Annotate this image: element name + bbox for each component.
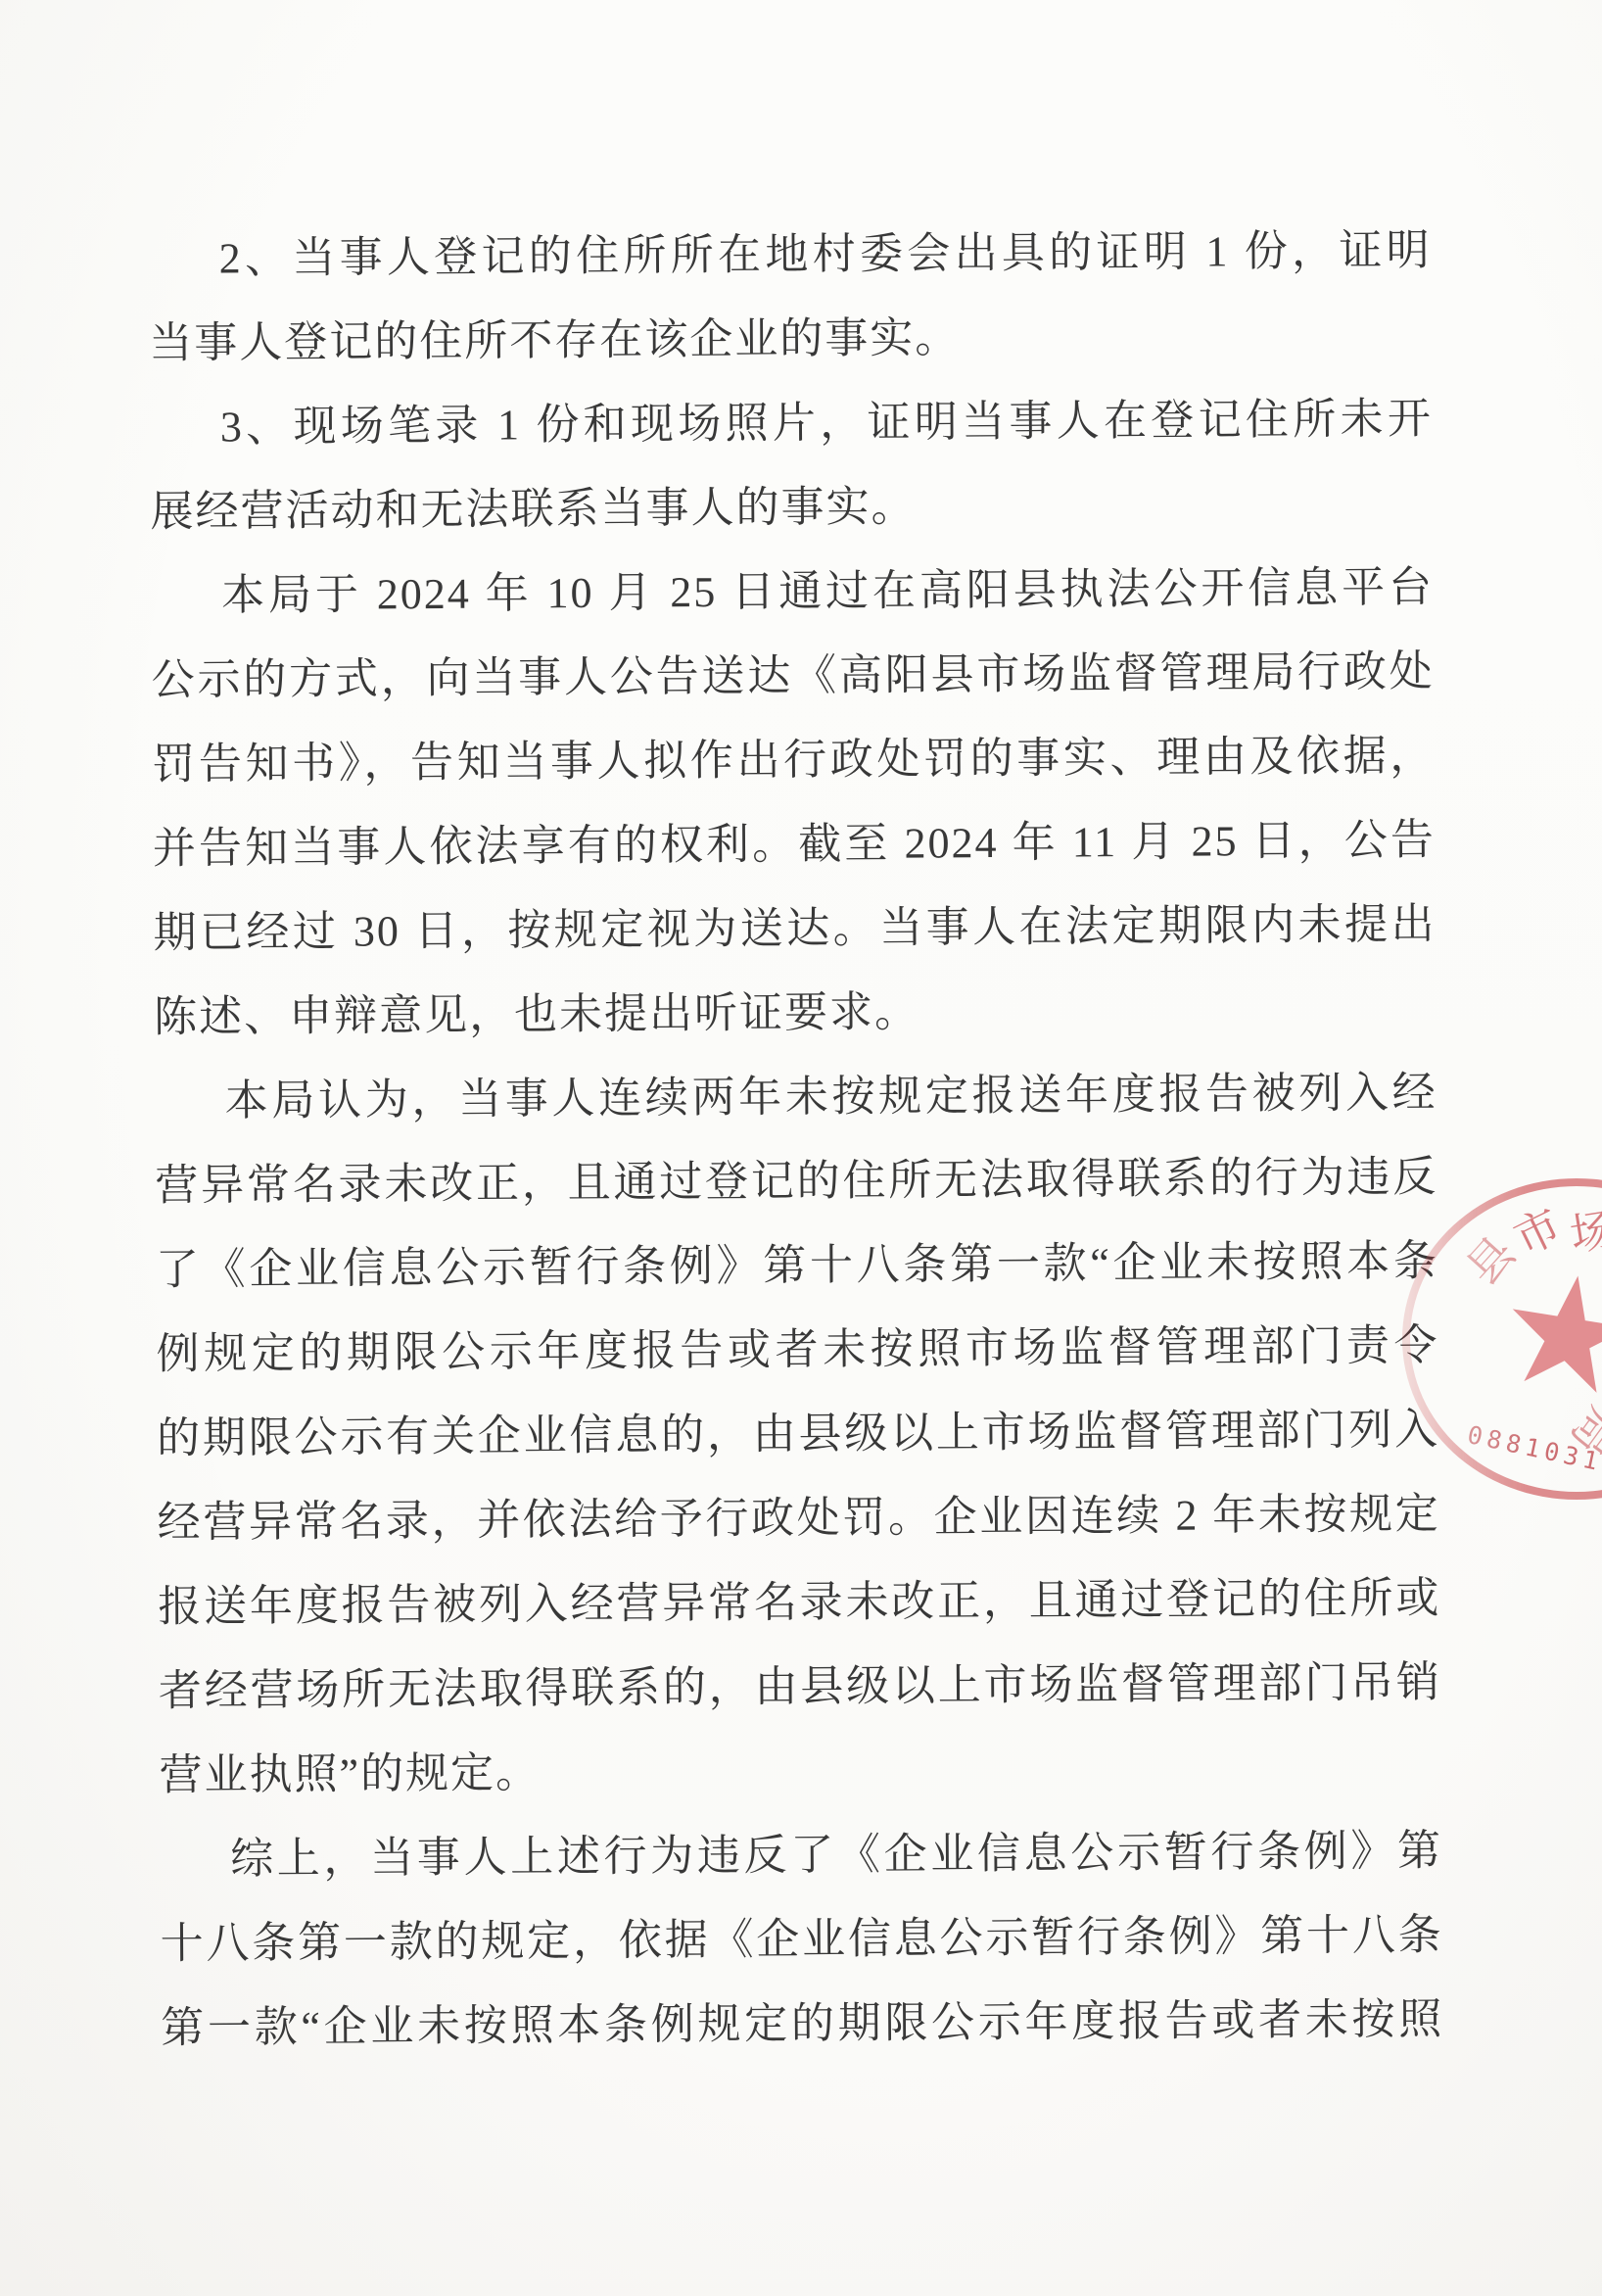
scanned-document-page: 2、当事人登记的住所所在地村委会出具的证明 1 份，证明当事人登记的住所不存在该… <box>0 0 1602 2296</box>
text-line: 第一款“企业未按照本条例规定的期限公示年度报告或者未按照 <box>161 1978 1444 2071</box>
seal-star-icon: ★ <box>1478 1235 1602 1434</box>
text-line: 报送年度报告被列入经营异常名录未改正，且通过登记的住所或 <box>158 1556 1441 1650</box>
text-line: 经营异常名录，并依法给予行政处罚。企业因连续 2 年未按规定 <box>157 1472 1440 1565</box>
text-line: 2、当事人登记的住所所在地村委会出具的证明 1 份，证明 <box>148 209 1432 302</box>
text-line: 本局于 2024 年 10 月 25 日通过在高阳县执法公开信息平台 <box>151 546 1435 639</box>
text-line: 罚告知书》，告知当事人拟作出行政处罚的事实、理由及依据， <box>152 714 1436 807</box>
text-line: 公示的方式，向当事人公告送达《高阳县市场监督管理局行政处 <box>151 630 1435 723</box>
text-line: 陈述、申辩意见，也未提出听证要求。 <box>154 967 1437 1060</box>
text-line: 本局认为，当事人连续两年未按规定报送年度报告被列入经 <box>154 1051 1437 1144</box>
text-line: 3、现场笔录 1 份和现场照片，证明当事人在登记住所未开 <box>150 377 1434 470</box>
text-line: 综上，当事人上述行为违反了《企业信息公示暂行条例》第 <box>160 1809 1443 1902</box>
text-line: 的期限公示有关企业信息的，由县级以上市场监督管理部门列入 <box>157 1388 1440 1481</box>
seal-arc-char: 场 <box>1565 1194 1602 1265</box>
seal-arc-char: 市 <box>1502 1190 1571 1268</box>
seal-serial-number: 08810315 <box>1465 1420 1602 1481</box>
text-line: 例规定的期限公示年度报告或者未按照市场监督管理部门责令 <box>156 1304 1439 1397</box>
document-body: 2、当事人登记的住所所在地村委会出具的证明 1 份，证明当事人登记的住所不存在该… <box>148 209 1443 2071</box>
text-line: 营异常名录未改正，且通过登记的住所无法取得联系的行为违反 <box>155 1135 1438 1228</box>
text-line: 营业执照”的规定。 <box>159 1725 1442 1818</box>
text-line: 并告知当事人依法享有的权利。截至 2024 年 11 月 25 日，公告 <box>153 798 1437 891</box>
text-line: 期已经过 30 日，按规定视为送达。当事人在法定期限内未提出 <box>153 883 1437 976</box>
text-line: 十八条第一款的规定，依据《企业信息公示暂行条例》第十八条 <box>160 1893 1443 1986</box>
seal-partial-char: 局 <box>1558 1396 1602 1470</box>
text-line: 展经营活动和无法联系当事人的事实。 <box>150 461 1434 554</box>
seal-arc-char: 县 <box>1449 1220 1528 1297</box>
text-line: 当事人登记的住所不存在该企业的事实。 <box>149 293 1433 386</box>
text-line: 了《企业信息公示暂行条例》第十八条第一款“企业未按照本条 <box>156 1220 1439 1313</box>
text-line: 者经营场所无法取得联系的，由县级以上市场监督管理部门吊销 <box>159 1641 1442 1734</box>
